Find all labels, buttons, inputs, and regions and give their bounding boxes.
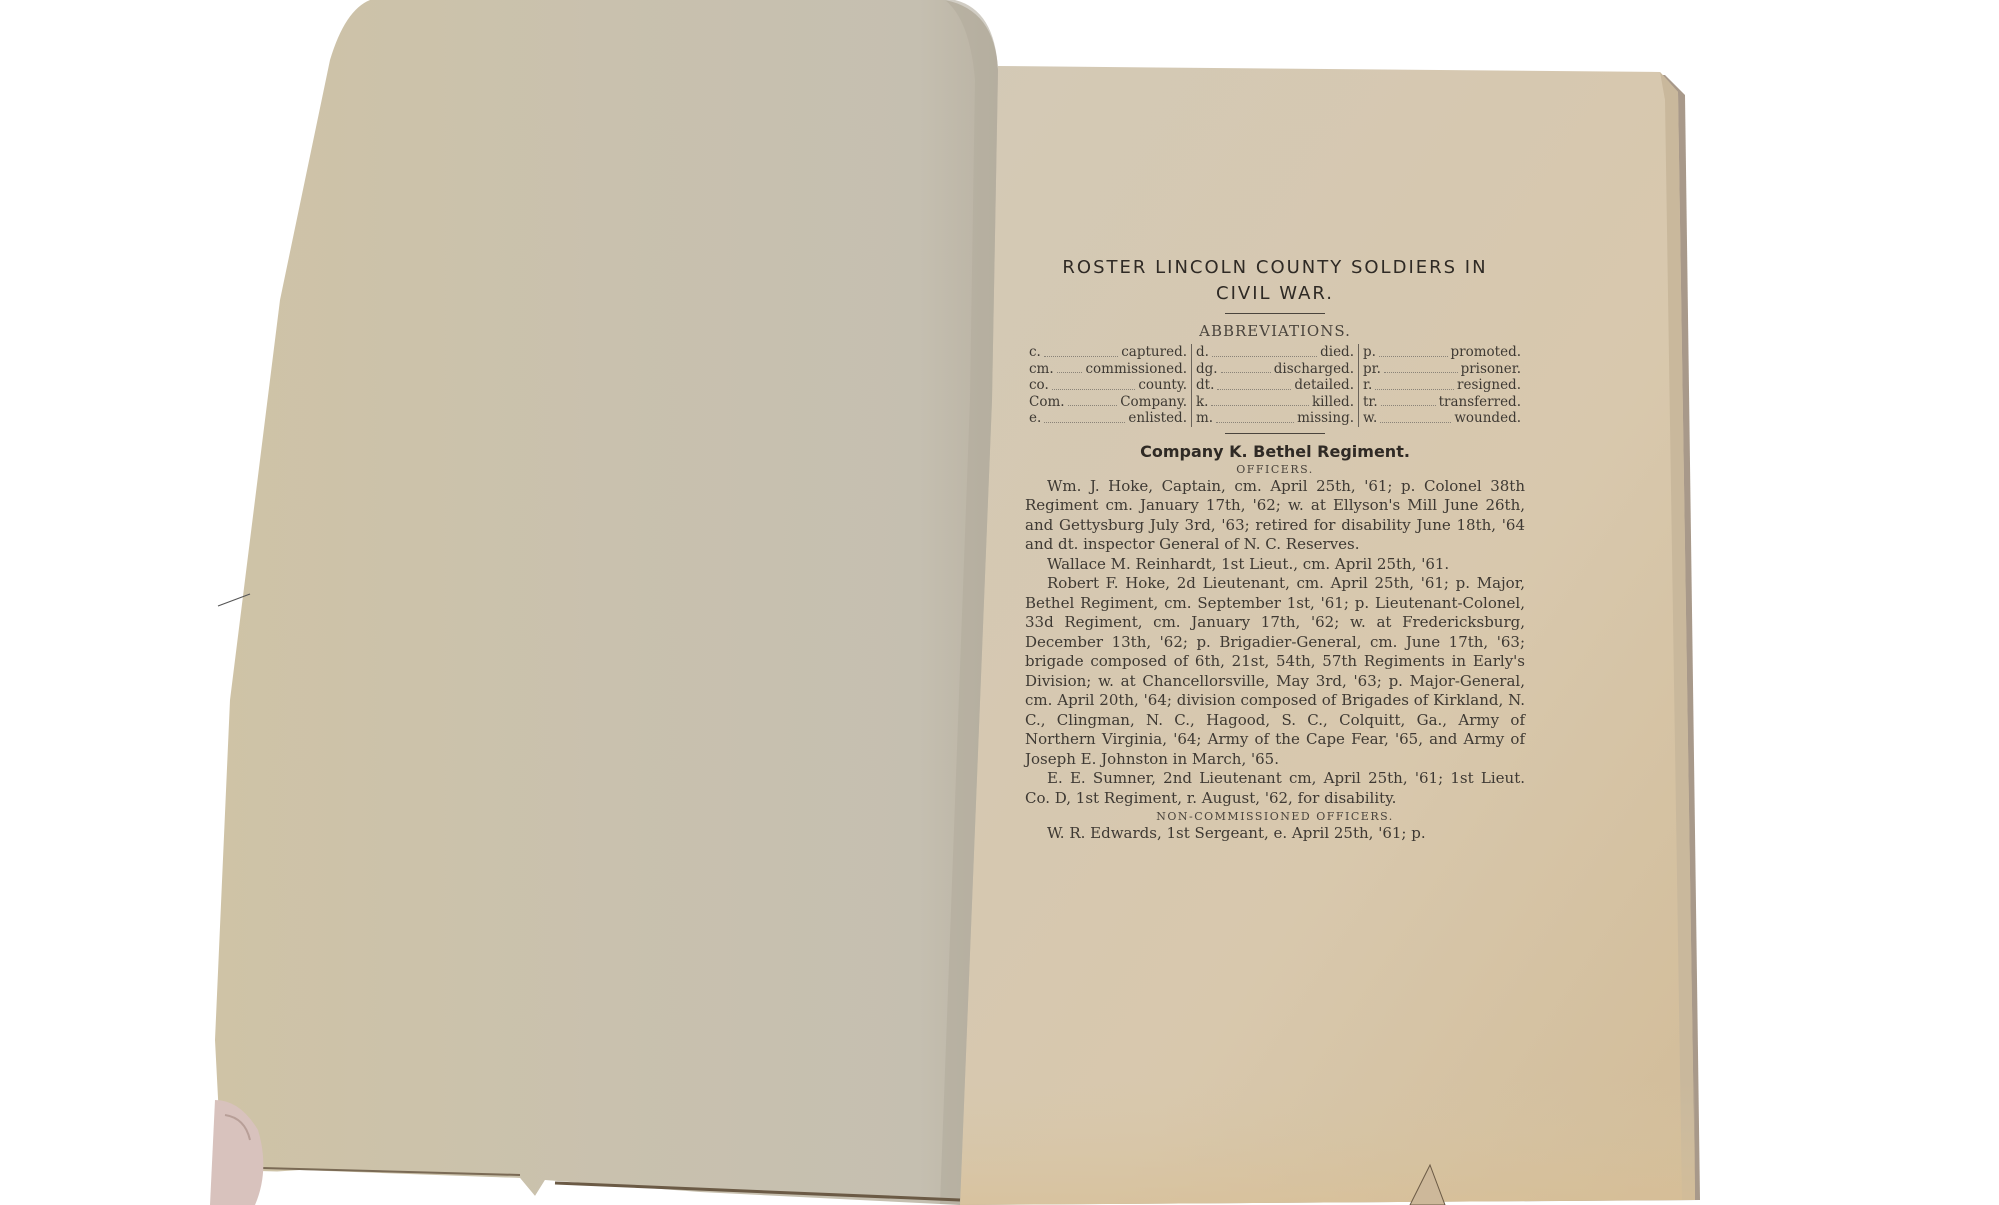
abbreviation-row: d.died. [1196, 344, 1354, 361]
page-title: ROSTER LINCOLN COUNTY SOLDIERS IN CIVIL … [1025, 255, 1525, 307]
book-photo: ROSTER LINCOLN COUNTY SOLDIERS IN CIVIL … [0, 0, 1999, 1205]
title-line-1: ROSTER LINCOLN COUNTY SOLDIERS IN [1062, 257, 1487, 278]
left-page [215, 0, 998, 1205]
roster-entry: E. E. Sumner, 2nd Lieutenant cm, April 2… [1025, 769, 1525, 808]
abbreviation-row: Com.Company. [1029, 394, 1187, 411]
abbreviation-row: cm.commissioned. [1029, 361, 1187, 378]
abbreviation-row: e.enlisted. [1029, 410, 1187, 427]
abbreviations-heading: ABBREVIATIONS. [1025, 322, 1525, 340]
roster-entry: W. R. Edwards, 1st Sergeant, e. April 25… [1025, 824, 1525, 844]
abbreviations-table: c.captured. cm.commissioned. co.county. … [1025, 344, 1525, 427]
abbreviations-column: p.promoted. pr.prisoner. r.resigned. tr.… [1358, 344, 1525, 427]
section-title: Company K. Bethel Regiment. [1025, 442, 1525, 461]
abbreviation-row: c.captured. [1029, 344, 1187, 361]
abbreviation-row: w.wounded. [1363, 410, 1521, 427]
officers-heading: OFFICERS. [1025, 463, 1525, 476]
abbreviation-row: pr.prisoner. [1363, 361, 1521, 378]
abbreviation-row: p.promoted. [1363, 344, 1521, 361]
abbreviation-row: tr.transferred. [1363, 394, 1521, 411]
abbreviation-row: r.resigned. [1363, 377, 1521, 394]
abbreviation-row: co.county. [1029, 377, 1187, 394]
title-line-2: CIVIL WAR. [1025, 281, 1525, 307]
nco-heading: NON-COMMISSIONED OFFICERS. [1025, 810, 1525, 823]
roster-entry: Wm. J. Hoke, Captain, cm. April 25th, '6… [1025, 477, 1525, 555]
abbreviations-column: c.captured. cm.commissioned. co.county. … [1025, 344, 1191, 427]
abbreviation-row: dg.discharged. [1196, 361, 1354, 378]
abbreviation-row: k.killed. [1196, 394, 1354, 411]
roster-entry: Robert F. Hoke, 2d Lieutenant, cm. April… [1025, 574, 1525, 769]
roster-entry: Wallace M. Reinhardt, 1st Lieut., cm. Ap… [1025, 555, 1525, 575]
abbreviations-column: d.died. dg.discharged. dt.detailed. k.ki… [1191, 344, 1358, 427]
divider [1225, 433, 1325, 434]
open-book-illustration [0, 0, 1999, 1205]
abbreviation-row: m.missing. [1196, 410, 1354, 427]
right-page-text: ROSTER LINCOLN COUNTY SOLDIERS IN CIVIL … [1025, 255, 1525, 844]
abbreviation-row: dt.detailed. [1196, 377, 1354, 394]
divider [1225, 313, 1325, 314]
